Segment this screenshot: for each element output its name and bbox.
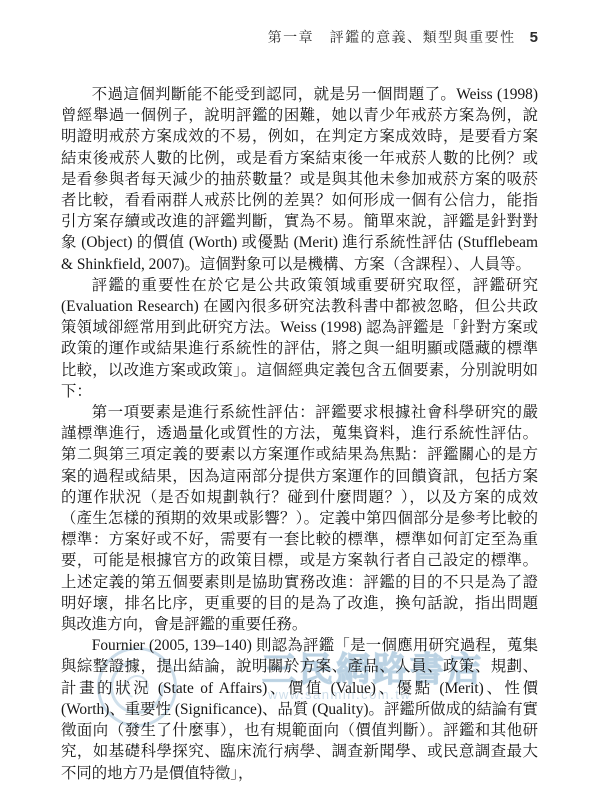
body-paragraph-3: 第一項要素是進行系統性評估：評鑑要求根據社會科學研究的嚴謹標準進行，透過量化或質… [61, 402, 538, 635]
body-paragraph-4: Fournier (2005, 139–140) 則認為評鑑「是一個應用研究過程… [61, 635, 538, 783]
running-header: 第一章 評鑑的意義、類型與重要性5 [0, 27, 538, 47]
body-paragraph-1: 不過這個判斷能不能受到認同，就是另一個問題了。Weiss (1998) 曾經舉過… [61, 84, 538, 275]
body-text: 不過這個判斷能不能受到認同，就是另一個問題了。Weiss (1998) 曾經舉過… [61, 84, 538, 784]
body-paragraph-2: 評鑑的重要性在於它是公共政策領域重要研究取徑，評鑑研究 (Evaluation … [61, 275, 538, 402]
page-number: 5 [530, 29, 538, 46]
chapter-title: 第一章 評鑑的意義、類型與重要性 [268, 29, 516, 45]
book-page: 三民網路書店 www.sanmin.com.tw 第一章 評鑑的意義、類型與重要… [0, 0, 593, 800]
